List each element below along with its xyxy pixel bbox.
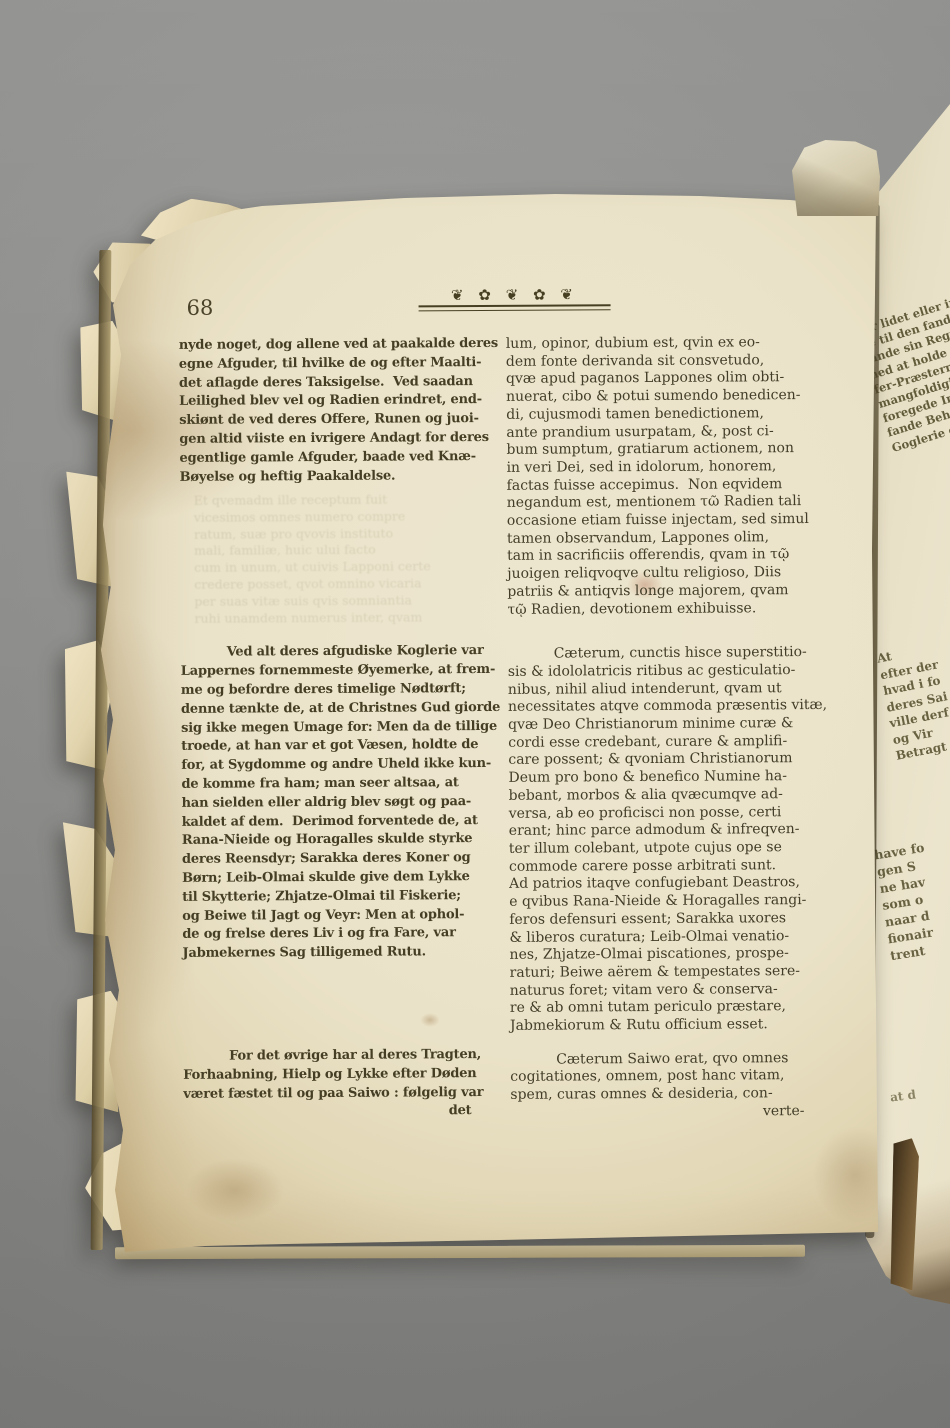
danish-paragraph-1: nyde noget, dog allene ved at paakalde d…: [179, 335, 516, 487]
latin-paragraph-1: lum, opinor, dubium est, qvin ex eo- dem…: [506, 334, 850, 619]
latin-catchword: verte-: [510, 1103, 852, 1123]
danish-catchword: det: [183, 1102, 519, 1123]
danish-column: nyde noget, dog allene ved at paakalde d…: [179, 335, 520, 1123]
latin-column: lum, opinor, dubium est, qvin ex eo- dem…: [506, 334, 853, 1123]
book-page: 68 ❦ ✿ ❦ ✿ ❦ nyde noget, dog allene ved …: [85, 130, 885, 1280]
latin-paragraph-3: Cæterum Saiwo erat, qvo omnes cogitation…: [510, 1049, 852, 1104]
fleuron-ornament-icon: ❦ ✿ ❦ ✿ ❦: [418, 287, 610, 303]
bleed-through-text: Et qvemadm ille receptum fuit vicesimos …: [194, 491, 500, 643]
danish-paragraph-2: Ved alt deres afgudiske Koglerie var Lap…: [181, 642, 519, 964]
page-number: 68: [186, 296, 213, 320]
danish-paragraph-3: For det øvrige har al deres Tragten, For…: [183, 1046, 519, 1104]
latin-paragraph-2: Cæterum, cunctis hisce superstitio- sis …: [508, 644, 852, 1036]
underlying-page-edge: [115, 1245, 805, 1259]
folded-corner-flap: [792, 140, 880, 216]
handwritten-inscription: [263, 1334, 633, 1410]
page-content: 68 ❦ ✿ ❦ ✿ ❦ nyde noget, dog allene ved …: [81, 128, 888, 1283]
book-photograph: der lidet eller im ge til den fand fande…: [0, 0, 950, 1428]
headpiece-ornament: ❦ ✿ ❦ ✿ ❦: [418, 287, 610, 311]
ornament-rule: [419, 304, 611, 311]
